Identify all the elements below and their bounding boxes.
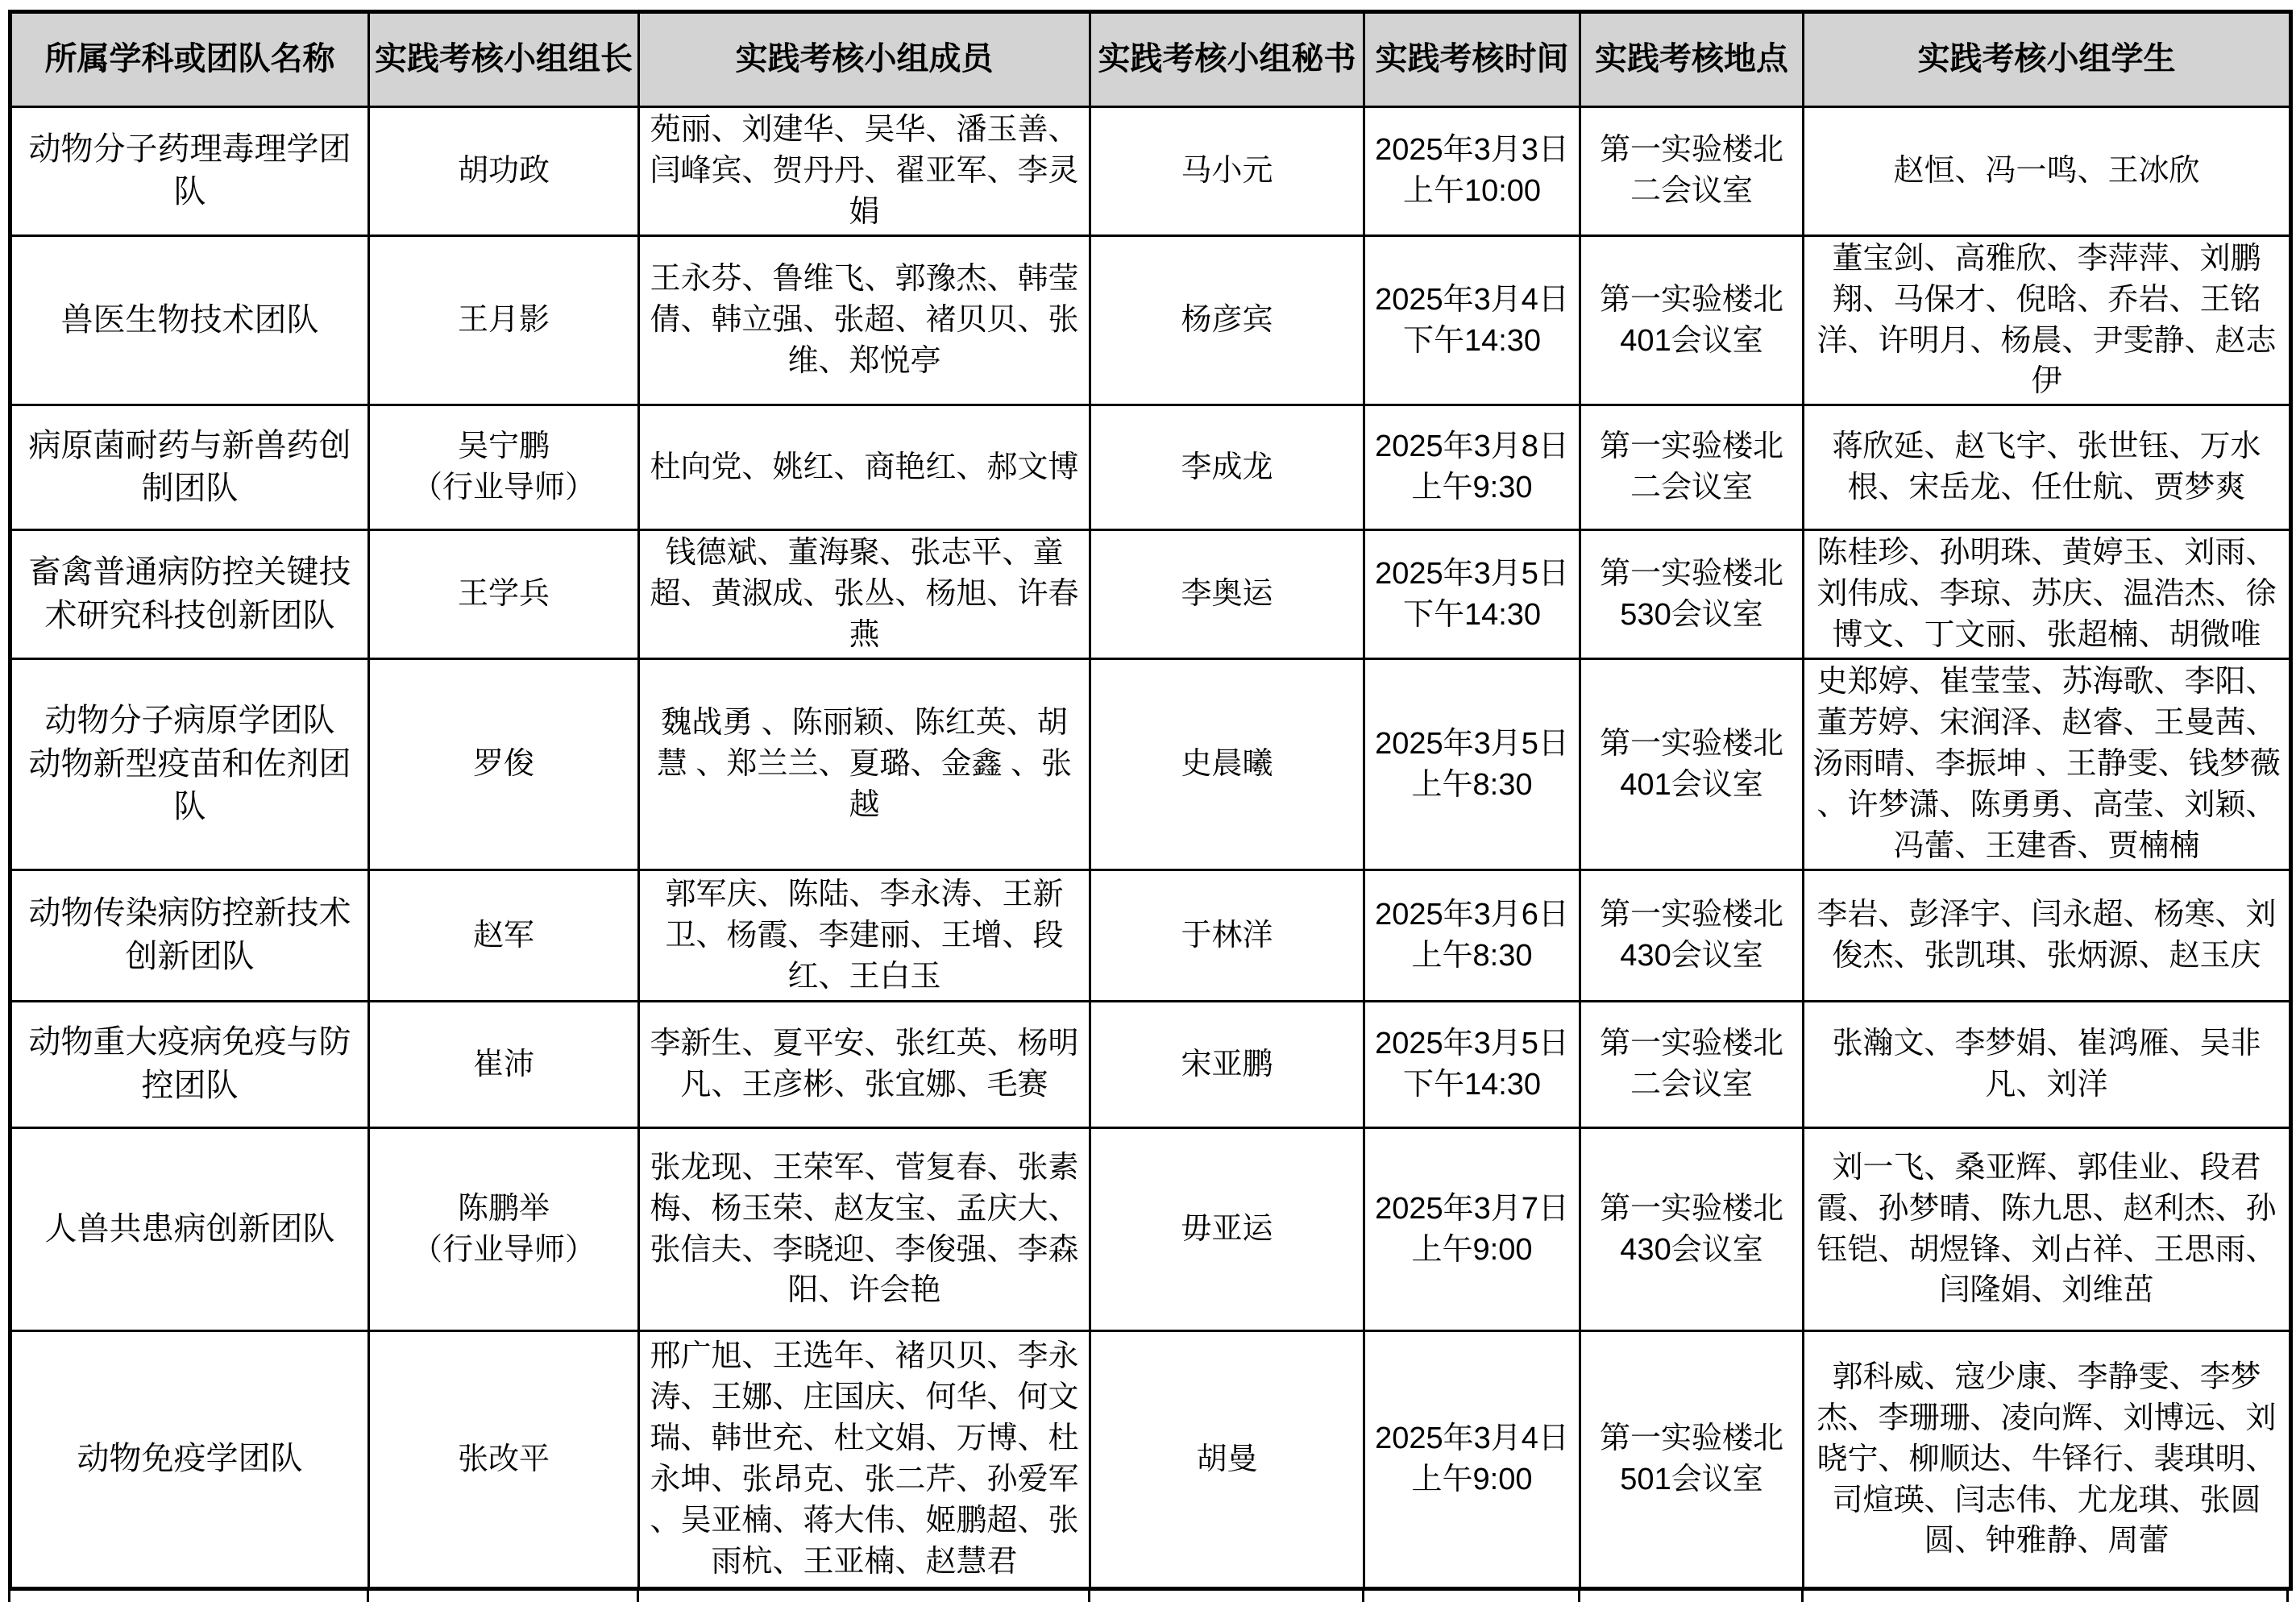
cell-group-secretary: 李成龙: [1090, 405, 1364, 530]
header-team-name: 所属学科或团队名称: [10, 12, 369, 107]
table-row: 人兽共患病创新团队 陈鹏举 （行业导师） 张龙现、王荣军、菅复春、张素梅、杨玉荣…: [10, 1128, 2291, 1331]
table-row: 动物免疫学团队 张改平 邢广旭、王选年、褚贝贝、李永涛、王娜、庄国庆、何华、何文…: [10, 1331, 2291, 1589]
cell-group-leader: 崔沛: [369, 1002, 639, 1128]
cell-team-name: 兽医生物技术团队: [10, 235, 369, 405]
table-row: 病原菌耐药与新兽药创制团队 吴宁鹏 （行业导师） 杜向党、姚红、商艳红、郝文博 …: [10, 405, 2291, 530]
cell-assessment-location: 第一实验楼北 401会议室: [1580, 659, 1804, 870]
table-row: 畜禽普通病防控关键技术研究科技创新团队 王学兵 钱德斌、董海聚、张志平、童超、黄…: [10, 530, 2291, 659]
cell-group-members: 邢广旭、王选年、褚贝贝、李永涛、王娜、庄国庆、何华、何文瑞、韩世充、杜文娟、万博…: [639, 1331, 1090, 1589]
header-group-members: 实践考核小组成员: [639, 12, 1090, 107]
gridline-stub: [1578, 1591, 1580, 1602]
header-assessment-location: 实践考核地点: [1580, 12, 1804, 107]
cell-group-members: 王永芬、鲁维飞、郭豫杰、韩莹倩、韩立强、张超、褚贝贝、张维、郑悦亭: [639, 235, 1090, 405]
cell-group-leader: 王月影: [369, 235, 639, 405]
cell-group-leader: 张改平: [369, 1331, 639, 1589]
cell-assessment-time: 2025年3月4日 下午14:30: [1364, 235, 1580, 405]
cell-assessment-time: 2025年3月5日 上午8:30: [1364, 659, 1580, 870]
cell-group-members: 张龙现、王荣军、菅复春、张素梅、杨玉荣、赵友宝、孟庆大、张信夫、李晓迎、李俊强、…: [639, 1128, 1090, 1331]
cell-group-secretary: 宋亚鹏: [1090, 1002, 1364, 1128]
cell-group-students: 郭科威、寇少康、李静雯、李梦杰、李珊珊、凌向辉、刘博远、刘晓宁、柳顺达、牛铎行、…: [1804, 1331, 2291, 1589]
cell-group-leader: 罗俊: [369, 659, 639, 870]
cell-group-students: 刘一飞、桑亚辉、郭佳业、段君霞、孙梦晴、陈九思、赵利杰、孙钰铠、胡煜锋、刘占祥、…: [1804, 1128, 2291, 1331]
cell-group-secretary: 史晨曦: [1090, 659, 1364, 870]
cell-assessment-location: 第一实验楼北 二会议室: [1580, 405, 1804, 530]
cell-team-name: 动物分子病原学团队 动物新型疫苗和佐剂团队: [10, 659, 369, 870]
cell-group-members: 钱德斌、董海聚、张志平、童超、黄淑成、张丛、杨旭、许春燕: [639, 530, 1090, 659]
cell-assessment-time: 2025年3月7日 上午9:00: [1364, 1128, 1580, 1331]
cell-group-students: 史郑婷、崔莹莹、苏海歌、李阳、董芳婷、宋润泽、赵睿、王曼茜、汤雨晴、李振坤 、王…: [1804, 659, 2291, 870]
cell-group-students: 张瀚文、李梦娟、崔鸿雁、吴非凡、刘洋: [1804, 1002, 2291, 1128]
cutoff-next-row-gridlines: [8, 1591, 2289, 1602]
cell-team-name: 动物分子药理毒理学团队: [10, 107, 369, 236]
cell-assessment-location: 第一实验楼北 430会议室: [1580, 870, 1804, 1002]
cell-group-students: 蒋欣延、赵飞宇、张世钰、万水根、宋岳龙、任仕航、贾梦爽: [1804, 405, 2291, 530]
cell-assessment-time: 2025年3月8日 上午9:30: [1364, 405, 1580, 530]
cell-team-name: 动物重大疫病免疫与防控团队: [10, 1002, 369, 1128]
cell-group-leader: 王学兵: [369, 530, 639, 659]
cell-group-secretary: 于林洋: [1090, 870, 1364, 1002]
cell-assessment-location: 第一实验楼北 430会议室: [1580, 1128, 1804, 1331]
cell-group-secretary: 毋亚运: [1090, 1128, 1364, 1331]
gridline-stub: [637, 1591, 639, 1602]
cell-team-name: 人兽共患病创新团队: [10, 1128, 369, 1331]
table-row: 动物重大疫病免疫与防控团队 崔沛 李新生、夏平安、张红英、杨明凡、王彦彬、张宜娜…: [10, 1002, 2291, 1128]
cell-group-members: 魏战勇 、陈丽颖、陈红英、胡慧 、郑兰兰、夏璐、金鑫 、张越: [639, 659, 1090, 870]
cell-assessment-location: 第一实验楼北 530会议室: [1580, 530, 1804, 659]
cell-group-members: 李新生、夏平安、张红英、杨明凡、王彦彬、张宜娜、毛赛: [639, 1002, 1090, 1128]
practice-assessment-table: 所属学科或团队名称 实践考核小组组长 实践考核小组成员 实践考核小组秘书 实践考…: [8, 10, 2293, 1591]
cell-assessment-location: 第一实验楼北 二会议室: [1580, 107, 1804, 236]
header-group-secretary: 实践考核小组秘书: [1090, 12, 1364, 107]
gridline-stub: [1362, 1591, 1364, 1602]
gridline-stub: [1088, 1591, 1090, 1602]
cell-group-leader: 胡功政: [369, 107, 639, 236]
cell-assessment-time: 2025年3月5日 下午14:30: [1364, 530, 1580, 659]
cell-team-name: 畜禽普通病防控关键技术研究科技创新团队: [10, 530, 369, 659]
cell-group-secretary: 胡曼: [1090, 1331, 1364, 1589]
gridline-stub: [1801, 1591, 1804, 1602]
cell-group-leader: 陈鹏举 （行业导师）: [369, 1128, 639, 1331]
cell-group-leader: 吴宁鹏 （行业导师）: [369, 405, 639, 530]
cell-assessment-time: 2025年3月3日 上午10:00: [1364, 107, 1580, 236]
header-group-leader: 实践考核小组组长: [369, 12, 639, 107]
cell-assessment-time: 2025年3月4日 上午9:00: [1364, 1331, 1580, 1589]
table-row: 兽医生物技术团队 王月影 王永芬、鲁维飞、郭豫杰、韩莹倩、韩立强、张超、褚贝贝、…: [10, 235, 2291, 405]
practice-assessment-schedule-document: 所属学科或团队名称 实践考核小组组长 实践考核小组成员 实践考核小组秘书 实践考…: [8, 10, 2293, 1602]
gridline-stub: [2286, 1591, 2289, 1602]
table-row: 动物分子病原学团队 动物新型疫苗和佐剂团队 罗俊 魏战勇 、陈丽颖、陈红英、胡慧…: [10, 659, 2291, 870]
cell-group-members: 苑丽、刘建华、吴华、潘玉善、闫峰宾、贺丹丹、翟亚军、李灵娟: [639, 107, 1090, 236]
cell-group-members: 郭军庆、陈陆、李永涛、王新卫、杨霞、李建丽、王增、段红、王白玉: [639, 870, 1090, 1002]
cell-assessment-location: 第一实验楼北 二会议室: [1580, 1002, 1804, 1128]
cell-group-students: 李岩、彭泽宇、闫永超、杨寒、刘俊杰、张凯琪、张炳源、赵玉庆: [1804, 870, 2291, 1002]
cell-group-students: 董宝剑、高雅欣、李萍萍、刘鹏翔、马保才、倪晗、乔岩、王铭洋、许明月、杨晨、尹雯静…: [1804, 235, 2291, 405]
cell-group-members: 杜向党、姚红、商艳红、郝文博: [639, 405, 1090, 530]
cell-group-secretary: 李奥运: [1090, 530, 1364, 659]
header-group-students: 实践考核小组学生: [1804, 12, 2291, 107]
cell-group-leader: 赵军: [369, 870, 639, 1002]
cell-team-name: 动物免疫学团队: [10, 1331, 369, 1589]
cell-group-secretary: 杨彦宾: [1090, 235, 1364, 405]
cell-assessment-location: 第一实验楼北 501会议室: [1580, 1331, 1804, 1589]
gridline-stub: [8, 1591, 10, 1602]
cell-assessment-time: 2025年3月5日 下午14:30: [1364, 1002, 1580, 1128]
cell-team-name: 病原菌耐药与新兽药创制团队: [10, 405, 369, 530]
cell-assessment-time: 2025年3月6日 上午8:30: [1364, 870, 1580, 1002]
cell-assessment-location: 第一实验楼北 401会议室: [1580, 235, 1804, 405]
cell-team-name: 动物传染病防控新技术创新团队: [10, 870, 369, 1002]
gridline-stub: [367, 1591, 369, 1602]
cell-group-secretary: 马小元: [1090, 107, 1364, 236]
header-row: 所属学科或团队名称 实践考核小组组长 实践考核小组成员 实践考核小组秘书 实践考…: [10, 12, 2291, 107]
header-assessment-time: 实践考核时间: [1364, 12, 1580, 107]
table-row: 动物分子药理毒理学团队 胡功政 苑丽、刘建华、吴华、潘玉善、闫峰宾、贺丹丹、翟亚…: [10, 107, 2291, 236]
cell-group-students: 陈桂珍、孙明珠、黄婷玉、刘雨、刘伟成、李琼、苏庆、温浩杰、徐博文、丁文丽、张超楠…: [1804, 530, 2291, 659]
cell-group-students: 赵恒、冯一鸣、王冰欣: [1804, 107, 2291, 236]
table-row: 动物传染病防控新技术创新团队 赵军 郭军庆、陈陆、李永涛、王新卫、杨霞、李建丽、…: [10, 870, 2291, 1002]
